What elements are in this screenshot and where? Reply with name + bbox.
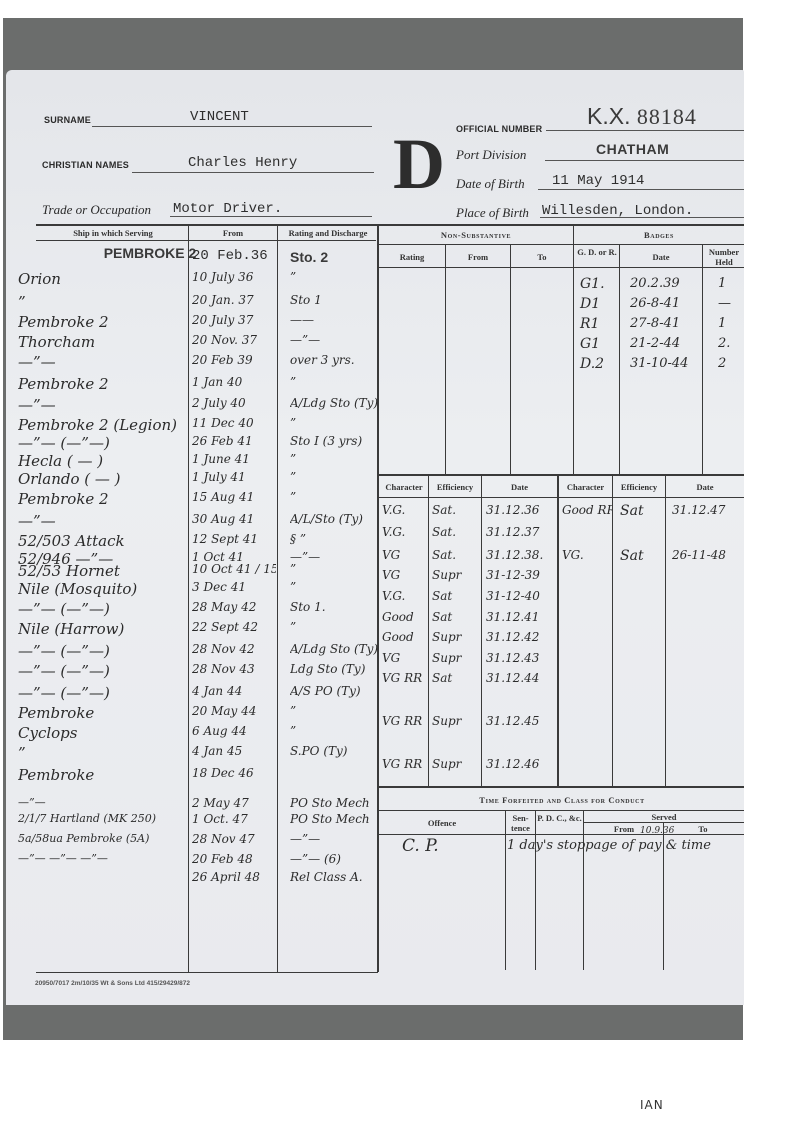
conduct-efficiency-cell: Sat (620, 548, 664, 564)
service-rating-cell: ” (290, 270, 378, 284)
conduct-efficiency-cell: Supr (432, 568, 480, 582)
conduct-efficiency-header-left: Efficiency (429, 482, 481, 492)
service-rating-cell: —”— (290, 333, 378, 347)
conduct-character-cell: VG RR (382, 714, 428, 728)
service-ship-cell: Cyclops (18, 724, 186, 742)
badge-date-cell: 26-8-41 (630, 296, 680, 311)
served-to-header: To (664, 824, 742, 834)
surname-label: SURNAME (44, 115, 91, 125)
service-rating-cell: ” (290, 562, 378, 576)
conduct-efficiency-cell: Supr (432, 630, 480, 644)
service-ship-cell: —”— (18, 396, 186, 414)
conduct-efficiency-cell: Sat (432, 610, 480, 624)
conduct-date-cell: 31.12.37 (486, 525, 556, 539)
conduct-character-cell: V.G. (382, 589, 428, 603)
conduct-efficiency-header-right: Efficiency (613, 482, 665, 492)
service-rating-cell: Sto I (3 yrs) (290, 434, 378, 448)
service-ship-cell: Pembroke 2 (18, 375, 186, 393)
service-rating-cell: ” (290, 704, 378, 718)
service-from-cell: 20 Feb 48 (192, 852, 276, 866)
service-from-cell: 15 Aug 41 (192, 490, 276, 504)
service-col-divider-2 (277, 224, 278, 972)
service-rating-cell: ” (290, 375, 378, 389)
conduct-character-cell: V.G. (382, 525, 428, 539)
badge-gd-cell: D1 (580, 296, 600, 312)
service-rating-cell: ” (290, 416, 378, 430)
service-ship-cell: Pembroke 2 (18, 490, 186, 508)
service-rating-cell: Sto 1 (290, 293, 378, 307)
service-from-cell: 28 May 42 (192, 600, 276, 614)
service-rating-cell: ” (290, 724, 378, 738)
service-rating-cell: Rel Class A. (290, 870, 378, 884)
service-rating-cell: § ” (290, 532, 378, 546)
service-rating-cell: PO Sto Mech (290, 796, 378, 810)
service-ship-cell: ” (18, 293, 186, 311)
service-from-cell: 26 April 48 (192, 870, 276, 884)
conduct-efficiency-cell: Sat. (432, 503, 480, 517)
service-rating-cell: ” (290, 452, 378, 466)
badge-held-cell: 2 (718, 356, 726, 371)
service-ship-cell: Pembroke (18, 704, 186, 722)
conduct-date-header-right: Date (666, 482, 744, 492)
service-from-cell: 20 Feb.36 (192, 248, 276, 264)
service-from-cell: 1 Jan 40 (192, 375, 276, 389)
service-from-cell: 1 June 41 (192, 452, 276, 466)
conduct-character-cell: VG RR (382, 671, 428, 685)
offence-value: C. P. (402, 836, 439, 856)
conduct-date-cell: 31-12-40 (486, 589, 556, 603)
service-ship-cell: Pembroke 2 (Legion) (18, 416, 186, 434)
service-ship-cell: 2/1/7 Hartland (MK 250) (18, 812, 186, 825)
service-from-cell: 28 Nov 47 (192, 832, 276, 846)
conduct-character-header-right: Character (559, 482, 612, 492)
service-from-cell: 22 Sept 42 (192, 620, 276, 634)
port-division-label: Port Division (456, 147, 526, 163)
ns-to-header: To (511, 252, 573, 262)
service-rating-cell: ” (290, 470, 378, 484)
service-rating-cell: ” (290, 620, 378, 634)
service-from-cell: 20 May 44 (192, 704, 276, 718)
service-from-cell: 20 July 37 (192, 313, 276, 327)
pob-label: Place of Birth (456, 205, 529, 221)
service-ship-cell: —”— (—”—) (18, 434, 186, 452)
service-from-cell: 2 May 47 (192, 796, 276, 810)
badge-gd-cell: R1 (580, 316, 599, 332)
christian-names-label: CHRISTIAN NAMES (42, 160, 129, 170)
service-rating-cell: ” (290, 490, 378, 504)
official-number-digits: 88184 (637, 104, 697, 129)
rating-header: Rating and Discharge (279, 228, 377, 238)
service-ship-cell: Nile (Mosquito) (18, 580, 186, 598)
service-from-cell: 6 Aug 44 (192, 724, 276, 738)
badge-gd-cell: G1. (580, 276, 605, 292)
service-ship-cell: Pembroke 2 (18, 313, 186, 331)
port-division-value: CHATHAM (596, 141, 669, 157)
conduct-efficiency-cell: Sat. (432, 548, 480, 562)
served-from-value: 10.9.36 (640, 826, 674, 836)
service-ship-cell: —”— (18, 512, 186, 530)
service-from-cell: 28 Nov 42 (192, 642, 276, 656)
trade-label: Trade or Occupation (42, 202, 151, 218)
conduct-character-cell: VG (382, 548, 428, 562)
service-from-cell: 26 Feb 41 (192, 434, 276, 448)
badge-gd-cell: G1 (580, 336, 600, 352)
badge-gd-header: G. D. or R. (575, 247, 619, 257)
service-from-cell: 12 Sept 41 (192, 532, 276, 546)
service-col-divider-1 (188, 224, 189, 972)
dob-label: Date of Birth (456, 176, 525, 192)
badge-held-cell: 1 (718, 276, 726, 291)
service-from-cell: 20 Nov. 37 (192, 333, 276, 347)
time-forfeited-title: Time Forfeited and Class for Conduct (380, 795, 744, 805)
ns-rating-header: Rating (380, 252, 444, 262)
service-from-cell: 30 Aug 41 (192, 512, 276, 526)
sentence-header: Sen-tence (506, 813, 535, 833)
service-rating-cell: A/Ldg Sto (Ty) (290, 396, 378, 410)
service-ship-cell: —”— (—”—) (18, 684, 186, 702)
badge-date-header: Date (620, 252, 702, 262)
service-ship-cell: —”— (18, 353, 186, 371)
official-number-prefix: K.X. (587, 103, 630, 129)
service-ship-cell: Thorcham (18, 333, 186, 351)
service-from-cell: 20 Feb 39 (192, 353, 276, 367)
service-ship-cell: —”— —”— —”— (18, 852, 186, 865)
conduct-character-cell: VG (382, 568, 428, 582)
print-code: 20950/7017 2m/10/35 Wt & Sons Ltd 415/29… (35, 980, 190, 987)
service-ship-cell: 5a/58ua Pembroke (5A) (18, 832, 186, 845)
conduct-character-cell: VG (382, 651, 428, 665)
badge-held-cell: — (718, 296, 731, 311)
service-rating-cell: —— (290, 313, 378, 327)
service-from-cell: 4 Jan 45 (192, 744, 276, 758)
conduct-character-cell: VG. (562, 548, 612, 562)
service-rating-cell: —”— (290, 832, 378, 846)
service-from-cell: 10 July 36 (192, 270, 276, 284)
service-ship-cell: Nile (Harrow) (18, 620, 186, 638)
service-rating-cell: PO Sto Mech (290, 812, 378, 826)
conduct-character-cell: Good (382, 610, 428, 624)
service-ship-cell: Orlando ( — ) (18, 470, 186, 488)
form-letter: D (393, 128, 445, 200)
pd-header: P. D. C., &c. (536, 813, 583, 823)
badge-gd-cell: D.2 (580, 356, 604, 372)
service-from-cell: 4 Jan 44 (192, 684, 276, 698)
service-ship-cell: ” (18, 744, 186, 762)
conduct-date-cell: 31.12.42 (486, 630, 556, 644)
trade-value: Motor Driver. (173, 201, 282, 217)
conduct-efficiency-cell: Sat (432, 671, 480, 685)
signature: IAN (640, 1098, 664, 1112)
badge-date-cell: 21-2-44 (630, 336, 680, 351)
conduct-efficiency-cell: Sat. (432, 525, 480, 539)
conduct-efficiency-cell: Sat (432, 589, 480, 603)
badge-held-cell: 1 (718, 316, 726, 331)
service-rating-cell: ” (290, 580, 378, 594)
service-from-cell: 3 Dec 41 (192, 580, 276, 594)
service-rating-cell: Ldg Sto (Ty) (290, 662, 378, 676)
service-ship-cell: Orion (18, 270, 186, 288)
served-header: Served (585, 812, 743, 822)
sentence-value: 1 day's stoppage of pay & time (507, 838, 711, 853)
conduct-date-cell: 31.12.46 (486, 757, 556, 771)
service-rating-cell: Sto 1. (290, 600, 378, 614)
conduct-date-cell: 31.12.47 (672, 503, 744, 517)
conduct-date-cell: 31.12.44 (486, 671, 556, 685)
non-substantive-title: Non-Substantive (380, 230, 572, 240)
surname-value: VINCENT (190, 109, 249, 125)
ship-header: Ship in which Serving (40, 228, 186, 238)
conduct-date-cell: 26-11-48 (672, 548, 744, 562)
conduct-efficiency-cell: Sat (620, 503, 664, 519)
service-from-cell: 28 Nov 43 (192, 662, 276, 676)
conduct-date-cell: 31.12.43 (486, 651, 556, 665)
service-from-cell: 10 Oct 41 / 15 Nov 41 (192, 562, 276, 576)
conduct-character-header-left: Character (380, 482, 428, 492)
service-rating-cell: —”— (6) (290, 852, 378, 866)
service-from-cell: 1 July 41 (192, 470, 276, 484)
conduct-date-header-left: Date (482, 482, 557, 492)
dob-value: 11 May 1914 (552, 173, 644, 189)
service-from-cell: 1 Oct. 47 (192, 812, 276, 826)
conduct-character-cell: Good RR (562, 503, 612, 517)
service-ship-cell: —”— (18, 796, 186, 809)
badge-date-cell: 20.2.39 (630, 276, 680, 291)
service-ship-cell: 52/53 Hornet (18, 562, 186, 580)
conduct-efficiency-cell: Supr (432, 651, 480, 665)
badge-date-cell: 31-10-44 (630, 356, 688, 371)
service-ship-cell: —”— (—”—) (18, 642, 186, 660)
pob-value: Willesden, London. (542, 203, 693, 219)
service-from-cell: 11 Dec 40 (192, 416, 276, 430)
service-rating-cell: A/L/Sto (Ty) (290, 512, 378, 526)
service-ship-cell: Pembroke (18, 766, 186, 784)
official-number-label: OFFICIAL NUMBER (456, 124, 542, 134)
offence-header: Offence (380, 818, 504, 828)
conduct-date-cell: 31.12.38. (486, 548, 556, 562)
service-from-cell: 20 Jan. 37 (192, 293, 276, 307)
conduct-date-cell: 31.12.45 (486, 714, 556, 728)
badge-held-header: Number Held (703, 247, 745, 267)
conduct-efficiency-cell: Supr (432, 714, 480, 728)
service-rating-cell: S.PO (Ty) (290, 744, 378, 758)
conduct-date-cell: 31.12.41 (486, 610, 556, 624)
service-ship-cell: 52/503 Attack (18, 532, 186, 550)
conduct-efficiency-cell: Supr (432, 757, 480, 771)
conduct-character-cell: VG RR (382, 757, 428, 771)
ns-from-header: From (446, 252, 510, 262)
service-ship-cell: —”— (—”—) (18, 600, 186, 618)
conduct-date-cell: 31.12.36 (486, 503, 556, 517)
service-rating-cell: Sto. 2 (290, 249, 378, 265)
service-rating-cell: over 3 yrs. (290, 353, 378, 367)
badge-held-cell: 2. (718, 336, 730, 351)
badge-date-cell: 27-8-41 (630, 316, 680, 331)
service-ship-cell: Hecla ( — ) (18, 452, 186, 470)
service-from-cell: 18 Dec 46 (192, 766, 276, 780)
conduct-character-cell: Good (382, 630, 428, 644)
service-ship-cell: —”— (—”—) (18, 662, 186, 680)
christian-names-value: Charles Henry (188, 155, 297, 171)
service-from-cell: 2 July 40 (192, 396, 276, 410)
conduct-character-cell: V.G. (382, 503, 428, 517)
badges-title: Badges (575, 230, 743, 240)
from-header: From (190, 228, 276, 238)
conduct-date-cell: 31-12-39 (486, 568, 556, 582)
service-rating-cell: A/Ldg Sto (Ty) (290, 642, 378, 656)
official-number-value: K.X. 88184 (587, 103, 697, 130)
service-rating-cell: A/S PO (Ty) (290, 684, 378, 698)
